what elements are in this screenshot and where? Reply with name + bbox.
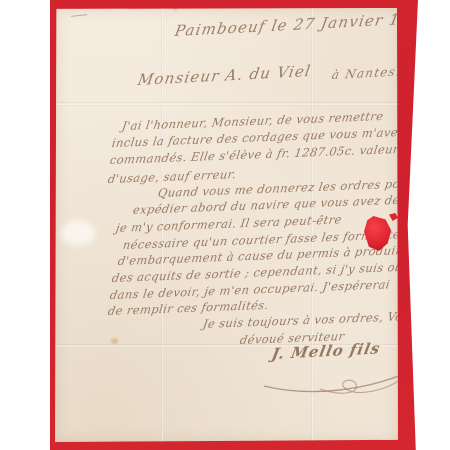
- paper-wrinkle-highlight: [61, 220, 95, 246]
- pencil-mark: [71, 10, 87, 17]
- horizontal-fold-upper: [55, 102, 398, 106]
- destination-line: à Nantes.: [331, 64, 402, 82]
- foxing-spot: [111, 338, 118, 344]
- letter-paper: Paimboeuf le 27 Janvier 1859. Monsieur A…: [55, 8, 398, 442]
- wax-seal-fragment: [389, 213, 398, 221]
- recipient-line: Monsieur A. du Viel: [136, 62, 312, 89]
- letter-photo: Paimboeuf le 27 Janvier 1859. Monsieur A…: [0, 0, 450, 450]
